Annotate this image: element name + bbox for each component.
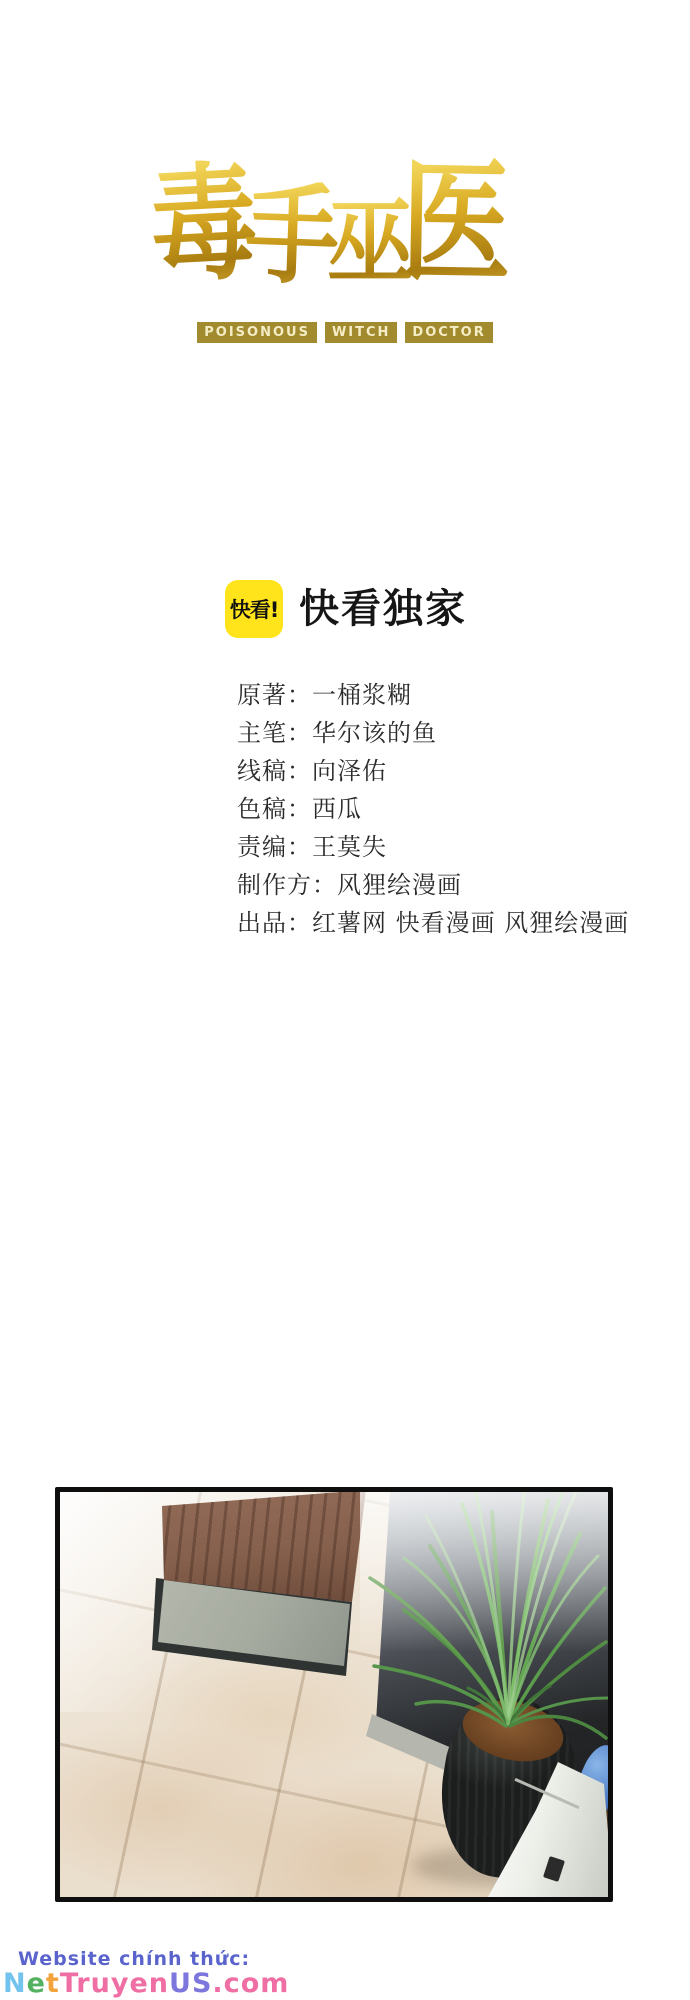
publisher-row: 快看! 快看独家 xyxy=(225,580,467,638)
wordmark-letter: e xyxy=(27,1968,46,1999)
official-site-label: Website chính thức: xyxy=(18,1948,690,1970)
publisher-exclusive-label: 快看独家 xyxy=(299,580,467,638)
wordmark-letter: o xyxy=(241,1968,261,1999)
scene-panel xyxy=(55,1487,613,1902)
subtitle-word: DOCTOR xyxy=(405,322,492,343)
wordmark-letter: r xyxy=(76,1968,90,1999)
wordmark-letter: n xyxy=(149,1968,169,1999)
wordmark-letter: u xyxy=(91,1968,111,1999)
credit-line: 线稿：向泽佑 xyxy=(237,752,629,790)
credits-list: 原著：一桶浆糊主笔：华尔该的鱼线稿：向泽佑色稿：西瓜责编：王莫失制作方：风狸绘漫… xyxy=(237,676,629,942)
subtitle-word: POISONOUS xyxy=(197,322,317,343)
series-title-english: POISONOUSWITCHDOCTOR xyxy=(0,321,690,343)
title-char: 医 xyxy=(400,155,512,291)
wordmark-letter: U xyxy=(169,1968,192,1999)
site-wordmark: NetTruyenUS.com xyxy=(3,1970,690,1998)
wordmark-letter: T xyxy=(60,1968,76,1999)
wordmark-letter: e xyxy=(129,1968,148,1999)
wordmark-letter: c xyxy=(224,1968,241,1999)
kuaikan-logo-icon: 快看! xyxy=(225,580,283,638)
credit-line: 出品：红薯网 快看漫画 风狸绘漫画 xyxy=(237,904,629,942)
comic-page: 毒手巫医 POISONOUSWITCHDOCTOR 快看! 快看独家 原著：一桶… xyxy=(0,0,690,2000)
watermark-footer: Website chính thức: NetTruyenUS.com xyxy=(0,1948,690,1998)
credit-line: 原著：一桶浆糊 xyxy=(237,676,629,714)
wordmark-letter: m xyxy=(260,1968,289,1999)
series-title-calligraphy: 毒手巫医 xyxy=(0,168,676,278)
wordmark-letter: y xyxy=(111,1968,130,1999)
credit-line: 主笔：华尔该的鱼 xyxy=(237,714,629,752)
credit-line: 责编：王莫失 xyxy=(237,828,629,866)
top-light-haze xyxy=(360,1492,608,1652)
credit-line: 色稿：西瓜 xyxy=(237,790,629,828)
wordmark-letter: N xyxy=(3,1968,27,1999)
subtitle-word: WITCH xyxy=(325,322,397,343)
credit-line: 制作方：风狸绘漫画 xyxy=(237,866,629,904)
wordmark-letter: t xyxy=(46,1968,60,1999)
wordmark-letter: S xyxy=(192,1968,212,1999)
wordmark-letter: . xyxy=(212,1968,223,1999)
